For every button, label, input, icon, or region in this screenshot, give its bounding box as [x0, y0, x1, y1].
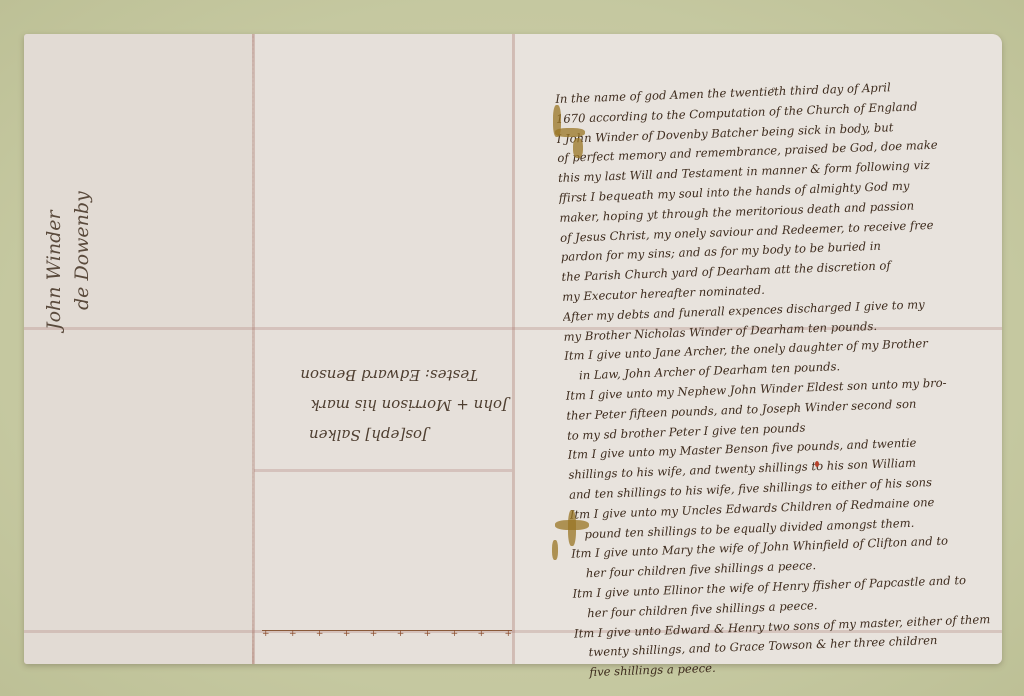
- red-ink-spot: [815, 461, 819, 467]
- will-text: In the name of god Amen the twentieth th…: [555, 74, 1020, 683]
- endorsement-line: John Winder: [40, 150, 68, 330]
- ink-stain: [573, 138, 583, 158]
- stitch-mark: +: [262, 631, 270, 641]
- witness-line: Jos[eph] Salken: [268, 420, 518, 450]
- witness-line: John + Morrison his mark: [268, 390, 518, 420]
- ink-stain: [568, 510, 576, 546]
- ink-stain: [552, 540, 558, 560]
- stitch-mark: +: [451, 631, 459, 641]
- fold-line-horizontal: [254, 469, 512, 472]
- stitch-mark: +: [316, 631, 324, 641]
- witness-signatures: Jos[eph] Salken John + Morrison his mark…: [268, 330, 518, 450]
- stitch-mark: +: [504, 631, 512, 641]
- stitch-marks: + + + + + + + + + +: [262, 630, 512, 641]
- endorsement: John Winder de Dowenby: [40, 150, 100, 330]
- ink-stain: [555, 128, 585, 137]
- stitch-mark: +: [289, 631, 297, 641]
- fold-line-vertical: [252, 34, 255, 664]
- stitch-mark: +: [343, 631, 351, 641]
- stitch-mark: +: [370, 631, 378, 641]
- stitch-mark: +: [397, 631, 405, 641]
- left-panel: [24, 34, 252, 664]
- witness-line: Testes: Edward Benson: [268, 360, 518, 390]
- stitch-mark: +: [424, 631, 432, 641]
- stitch-mark: +: [478, 631, 486, 641]
- endorsement-line: de Dowenby: [68, 150, 96, 330]
